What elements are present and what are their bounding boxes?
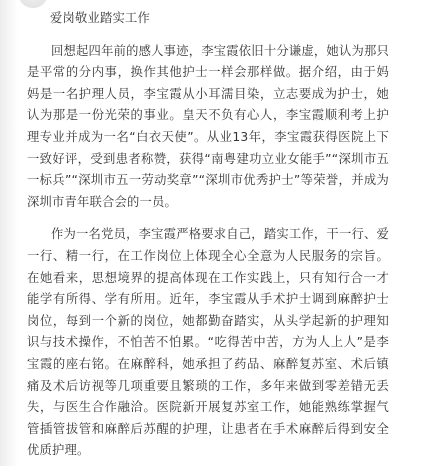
article-body: 爱岗敬业踏实工作 回想起四年前的感人事迹，李宝霞依旧十分谦虚，她认为那只是平常的…	[27, 8, 389, 466]
section-subheading: 爱岗敬业踏实工作	[50, 8, 389, 30]
avatar-partial	[18, 0, 48, 8]
paragraph-2: 作为一名党员，李宝霞严格要求自己，踏实工作，干一行、爱一行、精一行，在工作岗位上…	[27, 224, 389, 462]
left-edge-shadow	[0, 0, 18, 466]
paragraph-1: 回想起四年前的感人事迹，李宝霞依旧十分谦虚，她认为那只是平常的分内事，换作其他护…	[27, 41, 389, 214]
